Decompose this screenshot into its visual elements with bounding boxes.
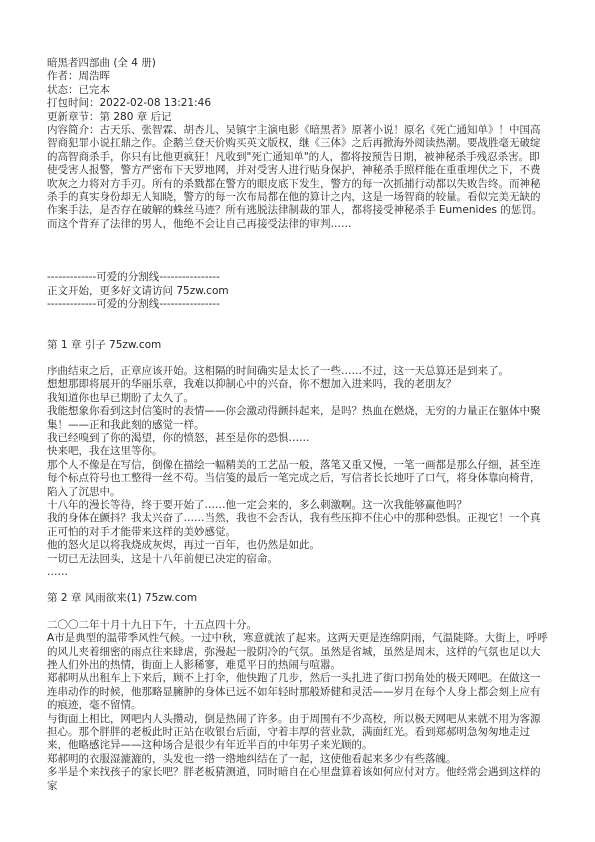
spacer bbox=[47, 312, 548, 339]
book-title: 暗黑者四部曲 (全 4 册) bbox=[47, 57, 548, 70]
paragraph: 我已经嗅到了你的渴望，你的愤怒，甚至是你的恐惧…… bbox=[47, 432, 548, 445]
paragraph: 他的怒火足以将我烧成灰烬，再过一百年，也仍然是如此。 bbox=[47, 539, 548, 552]
chapter1-body: 序曲结束之后，正章应该开始。这相隔的时间确实是太长了一些……不过，这一天总算还是… bbox=[47, 365, 548, 580]
paragraph: 十八年的漫长等待，终于要开始了……他一定会来的，多么刺激啊。这一次我能够赢他吗？ bbox=[47, 499, 548, 512]
paragraph: 我的身体在颤抖？我太兴奋了……当然，我也不会否认，我有些压抑不住心中的那种恐惧。… bbox=[47, 512, 548, 539]
paragraph: 多半是个来找孩子的家长吧？胖老板猜测道，同时暗自在心里盘算着该如何应付对方。他经… bbox=[47, 766, 548, 793]
chapter2-heading: 第 2 章 风雨欲来(1) 75zw.com bbox=[47, 592, 548, 605]
meta-status: 状态：已完本 bbox=[47, 84, 548, 97]
meta-latest-chapter: 更新章节：第 280 章 后记 bbox=[47, 111, 548, 124]
paragraph: 我能想象你看到这封信笺时的表情——你会激动得颤抖起来，是吗？热血在燃烧，无穷的力… bbox=[47, 405, 548, 432]
book-meta: 作者：周浩晖 状态：已完本 打包时间：2022-02-08 13:21:46 更… bbox=[47, 70, 548, 124]
chapter1-heading: 第 1 章 引子 75zw.com bbox=[47, 339, 548, 352]
paragraph: 一切已无法回头，这是十八年前便已决定的宿命。 bbox=[47, 553, 548, 566]
paragraph: 郑郝明从出租车上下来后，顾不上打伞，他快跑了几步，然后一头扎进了街口拐角处的极天… bbox=[47, 672, 548, 712]
book-intro: 内容简介：古天乐、张智霖、胡杏儿、吴镇宇主演电影《暗黑者》原著小说！原名《死亡通… bbox=[47, 124, 548, 231]
spacer bbox=[47, 606, 548, 619]
paragraph: A市是典型的温带季风性气候。一过中秋，寒意就浓了起来。这两天更是连绵阴雨，气温陡… bbox=[47, 632, 548, 672]
paragraph: 与街面上相比，网吧内人头攒动，倒是热闹了许多。由于周围有不少高校，所以极天网吧从… bbox=[47, 713, 548, 753]
separator-line-bottom: -------------可爱的分割线---------------- bbox=[47, 298, 548, 311]
paragraph: 快来吧，我在这里等你。 bbox=[47, 445, 548, 458]
spacer bbox=[47, 579, 548, 592]
separator-notice: 正文开始，更多好文请访问 75zw.com bbox=[47, 285, 548, 298]
paragraph: …… bbox=[47, 566, 548, 579]
paragraph: 二〇〇二年十月十九日下午，十五点四十分。 bbox=[47, 619, 548, 632]
paragraph: 郑郝明的衣服湿漉漉的，头发也一绺一绺地纠结在了一起，这使他看起来多少有些落魄。 bbox=[47, 753, 548, 766]
separator-block: -------------可爱的分割线---------------- 正文开始… bbox=[47, 271, 548, 311]
meta-author: 作者：周浩晖 bbox=[47, 70, 548, 83]
spacer bbox=[47, 231, 548, 271]
spacer bbox=[47, 352, 548, 365]
paragraph: 我知道你也早已期盼了太久了。 bbox=[47, 392, 548, 405]
separator-line-top: -------------可爱的分割线---------------- bbox=[47, 271, 548, 284]
ebook-page: 暗黑者四部曲 (全 4 册) 作者：周浩晖 状态：已完本 打包时间：2022-0… bbox=[0, 0, 595, 842]
paragraph: 序曲结束之后，正章应该开始。这相隔的时间确实是太长了一些……不过，这一天总算还是… bbox=[47, 365, 548, 378]
paragraph: 那个人不像是在写信，倒像在描绘一幅精美的工艺品一般，落笔又重又慢，一笔一画都是那… bbox=[47, 459, 548, 499]
paragraph: 想想那即将展开的华丽乐章，我难以抑制心中的兴奋，你不想加入进来吗，我的老朋友？ bbox=[47, 378, 548, 391]
meta-packed-time: 打包时间：2022-02-08 13:21:46 bbox=[47, 97, 548, 110]
chapter2-body: 二〇〇二年十月十九日下午，十五点四十分。A市是典型的温带季风性气候。一过中秋，寒… bbox=[47, 619, 548, 793]
